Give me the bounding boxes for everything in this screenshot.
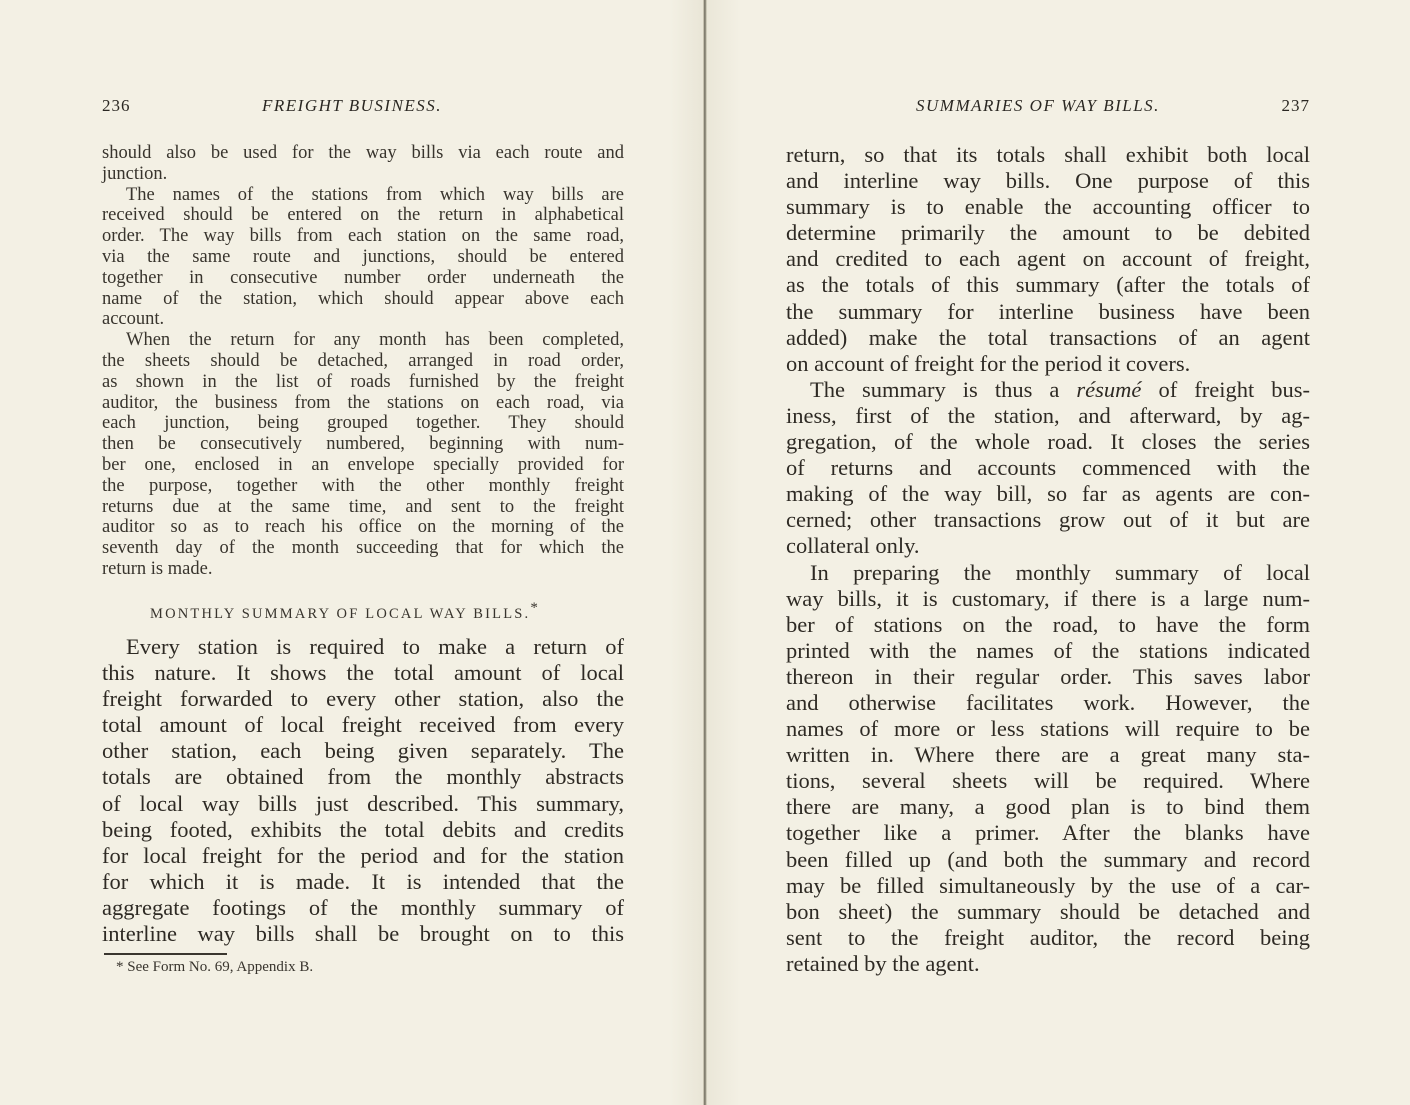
running-head-title: FREIGHT BUSINESS. (262, 96, 442, 116)
text-line: been filled up (and both the summary and… (786, 847, 1310, 873)
text-line: collateral only. (786, 533, 1310, 559)
text-line: and interline way bills. One purpose of … (786, 168, 1310, 194)
text-line: The names of the stations from which way… (102, 185, 624, 206)
text-line: In preparing the monthly summary of loca… (786, 560, 1310, 586)
text-line: of returns and accounts commenced with t… (786, 455, 1310, 481)
text-line: for which it is made. It is intended tha… (102, 869, 624, 895)
text-line: via the same route and junctions, should… (102, 247, 624, 268)
text-line: freight forwarded to every other station… (102, 686, 624, 712)
text-line: determine primarily the amount to be deb… (786, 220, 1310, 246)
text-line: of local way bills just described. This … (102, 791, 624, 817)
italic-term: résumé (1076, 377, 1141, 402)
text-line: together like a primer. After the blanks… (786, 820, 1310, 846)
page-number: 236 (102, 96, 131, 116)
text-line: auditor, the business from the stations … (102, 393, 624, 414)
section-heading: MONTHLY SUMMARY OF LOCAL WAY BILLS.* (150, 600, 538, 623)
text-line: the purpose, together with the other mon… (102, 476, 624, 497)
book-spread: 236 FREIGHT BUSINESS. should also be use… (0, 0, 1410, 1105)
text-line: order. The way bills from each station o… (102, 226, 624, 247)
text-line: written in. Where there are a great many… (786, 742, 1310, 768)
right-page: SUMMARIES OF WAY BILLS. 237 return, so t… (786, 0, 1310, 1105)
text-line: aggregate footings of the monthly summar… (102, 895, 624, 921)
text-line: totals are obtained from the monthly abs… (102, 764, 624, 790)
text-line: this nature. It shows the total amount o… (102, 660, 624, 686)
footnote-marker: * (530, 600, 538, 616)
text-line: gregation, of the whole road. It closes … (786, 429, 1310, 455)
text-line: should also be used for the way bills vi… (102, 143, 624, 164)
text-line: return is made. (102, 559, 624, 580)
text-line: added) make the total transactions of an… (786, 325, 1310, 351)
text-line: name of the station, which should appear… (102, 289, 624, 310)
running-head-title: SUMMARIES OF WAY BILLS. (916, 96, 1160, 116)
text-line: the sheets should be detached, arranged … (102, 351, 624, 372)
text-line: summary is to enable the accounting offi… (786, 194, 1310, 220)
text-line: sent to the freight auditor, the record … (786, 925, 1310, 951)
text-line: Every station is required to make a retu… (102, 634, 624, 660)
text-line: total amount of local freight received f… (102, 712, 624, 738)
left-small-text-block: should also be used for the way bills vi… (102, 143, 624, 580)
left-page: 236 FREIGHT BUSINESS. should also be use… (102, 0, 624, 1105)
text-line: and credited to each agent on account of… (786, 246, 1310, 272)
left-running-head: 236 FREIGHT BUSINESS. (102, 96, 624, 120)
text-line: being footed, exhibits the total debits … (102, 817, 624, 843)
text-line: auditor so as to reach his office on the… (102, 517, 624, 538)
text-line: and otherwise facilitates work. However,… (786, 690, 1310, 716)
text-line: ber one, enclosed in an envelope special… (102, 455, 624, 476)
text-line: as shown in the list of roads furnished … (102, 372, 624, 393)
text-line: there are many, a good plan is to bind t… (786, 794, 1310, 820)
text-line: way bills, it is customary, if there is … (786, 586, 1310, 612)
text-line: return, so that its totals shall exhibit… (786, 142, 1310, 168)
text-line: on account of freight for the period it … (786, 351, 1310, 377)
footnote: * See Form No. 69, Appendix B. (116, 959, 313, 976)
text-line: bon sheet) the summary should be detache… (786, 899, 1310, 925)
text-line: cerned; other transactions grow out of i… (786, 507, 1310, 533)
text-line: names of more or less stations will requ… (786, 716, 1310, 742)
text-line: the summary for interline business have … (786, 299, 1310, 325)
text-line: received should be entered on the return… (102, 205, 624, 226)
text-line: then be consecutively numbered, beginnin… (102, 434, 624, 455)
text-line: iness, first of the station, and afterwa… (786, 403, 1310, 429)
text-line: for local freight for the period and for… (102, 843, 624, 869)
text-line: interline way bills shall be brought on … (102, 921, 624, 947)
text-line: ber of stations on the road, to have the… (786, 612, 1310, 638)
text-line: returns due at the same time, and sent t… (102, 497, 624, 518)
left-large-text-block: Every station is required to make a retu… (102, 634, 624, 947)
text-line: together in consecutive number order und… (102, 268, 624, 289)
text-line: may be filled simultaneously by the use … (786, 873, 1310, 899)
footnote-divider (104, 953, 227, 955)
text-line: tions, several sheets will be required. … (786, 768, 1310, 794)
text-line: The summary is thus a résumé of freight … (786, 377, 1310, 403)
text-line: other station, each being given separate… (102, 738, 624, 764)
right-text-block: return, so that its totals shall exhibit… (786, 142, 1310, 977)
text-line: seventh day of the month succeeding that… (102, 538, 624, 559)
text-line: each junction, being grouped together. T… (102, 413, 624, 434)
text-line: making of the way bill, so far as agents… (786, 481, 1310, 507)
text-line: When the return for any month has been c… (102, 330, 624, 351)
page-number: 237 (1282, 96, 1311, 116)
section-heading-text: MONTHLY SUMMARY OF LOCAL WAY BILLS. (150, 606, 530, 622)
text-line: retained by the agent. (786, 951, 1310, 977)
text-line: account. (102, 309, 624, 330)
right-running-head: SUMMARIES OF WAY BILLS. 237 (786, 96, 1310, 120)
text-line: junction. (102, 164, 624, 185)
text-line: as the totals of this summary (after the… (786, 272, 1310, 298)
text-line: thereon in their regular order. This sav… (786, 664, 1310, 690)
text-line: printed with the names of the stations i… (786, 638, 1310, 664)
book-gutter (703, 0, 707, 1105)
